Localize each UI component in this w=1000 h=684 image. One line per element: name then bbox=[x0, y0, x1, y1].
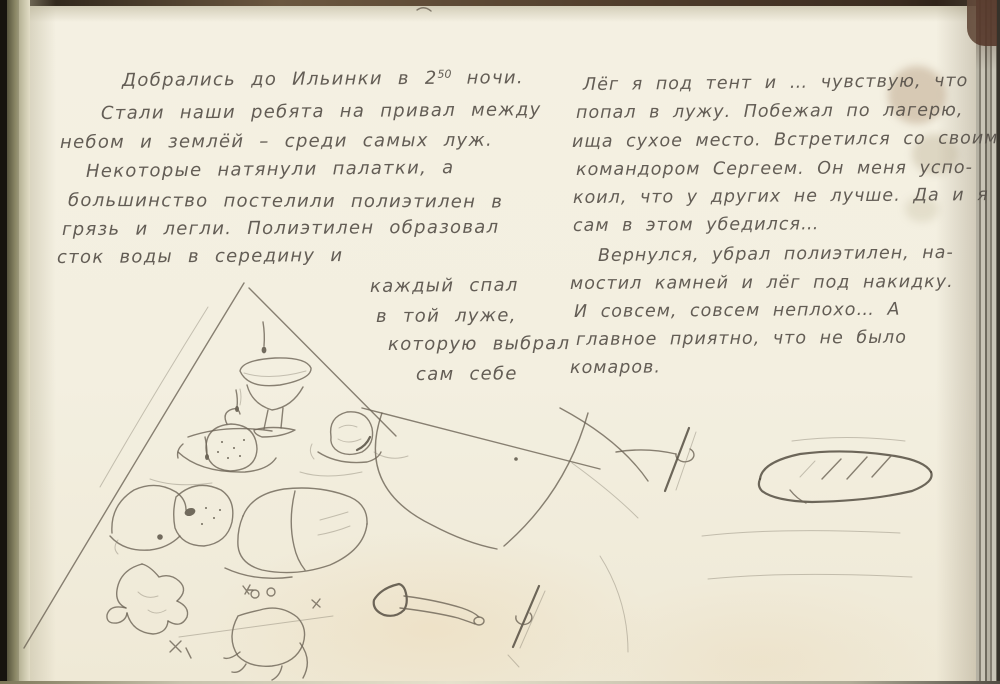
bread-loaf-inside-sketch bbox=[225, 488, 367, 578]
guy-rope-sketch bbox=[616, 428, 696, 491]
bun-plate-sketch bbox=[310, 412, 381, 463]
ground-lines-sketch bbox=[150, 452, 912, 579]
bread-loaf-sketch bbox=[759, 438, 932, 504]
crumpled-plastic-sketch bbox=[107, 564, 188, 634]
pedestal-bowl-sketch bbox=[240, 358, 311, 437]
campsite-sketch bbox=[0, 0, 1000, 684]
pen-mark-top bbox=[417, 8, 431, 11]
bread-plate-sketch bbox=[178, 409, 276, 472]
axe-sketch bbox=[374, 584, 484, 625]
slippers-sketch bbox=[110, 485, 233, 554]
frog-sketch bbox=[170, 585, 333, 680]
diary-page-scan: Добрались до Ильинки в 250 ночи. Стали н… bbox=[0, 0, 1000, 684]
rain-drops-sketch bbox=[205, 322, 266, 460]
tent-stake-sketch bbox=[508, 586, 545, 667]
